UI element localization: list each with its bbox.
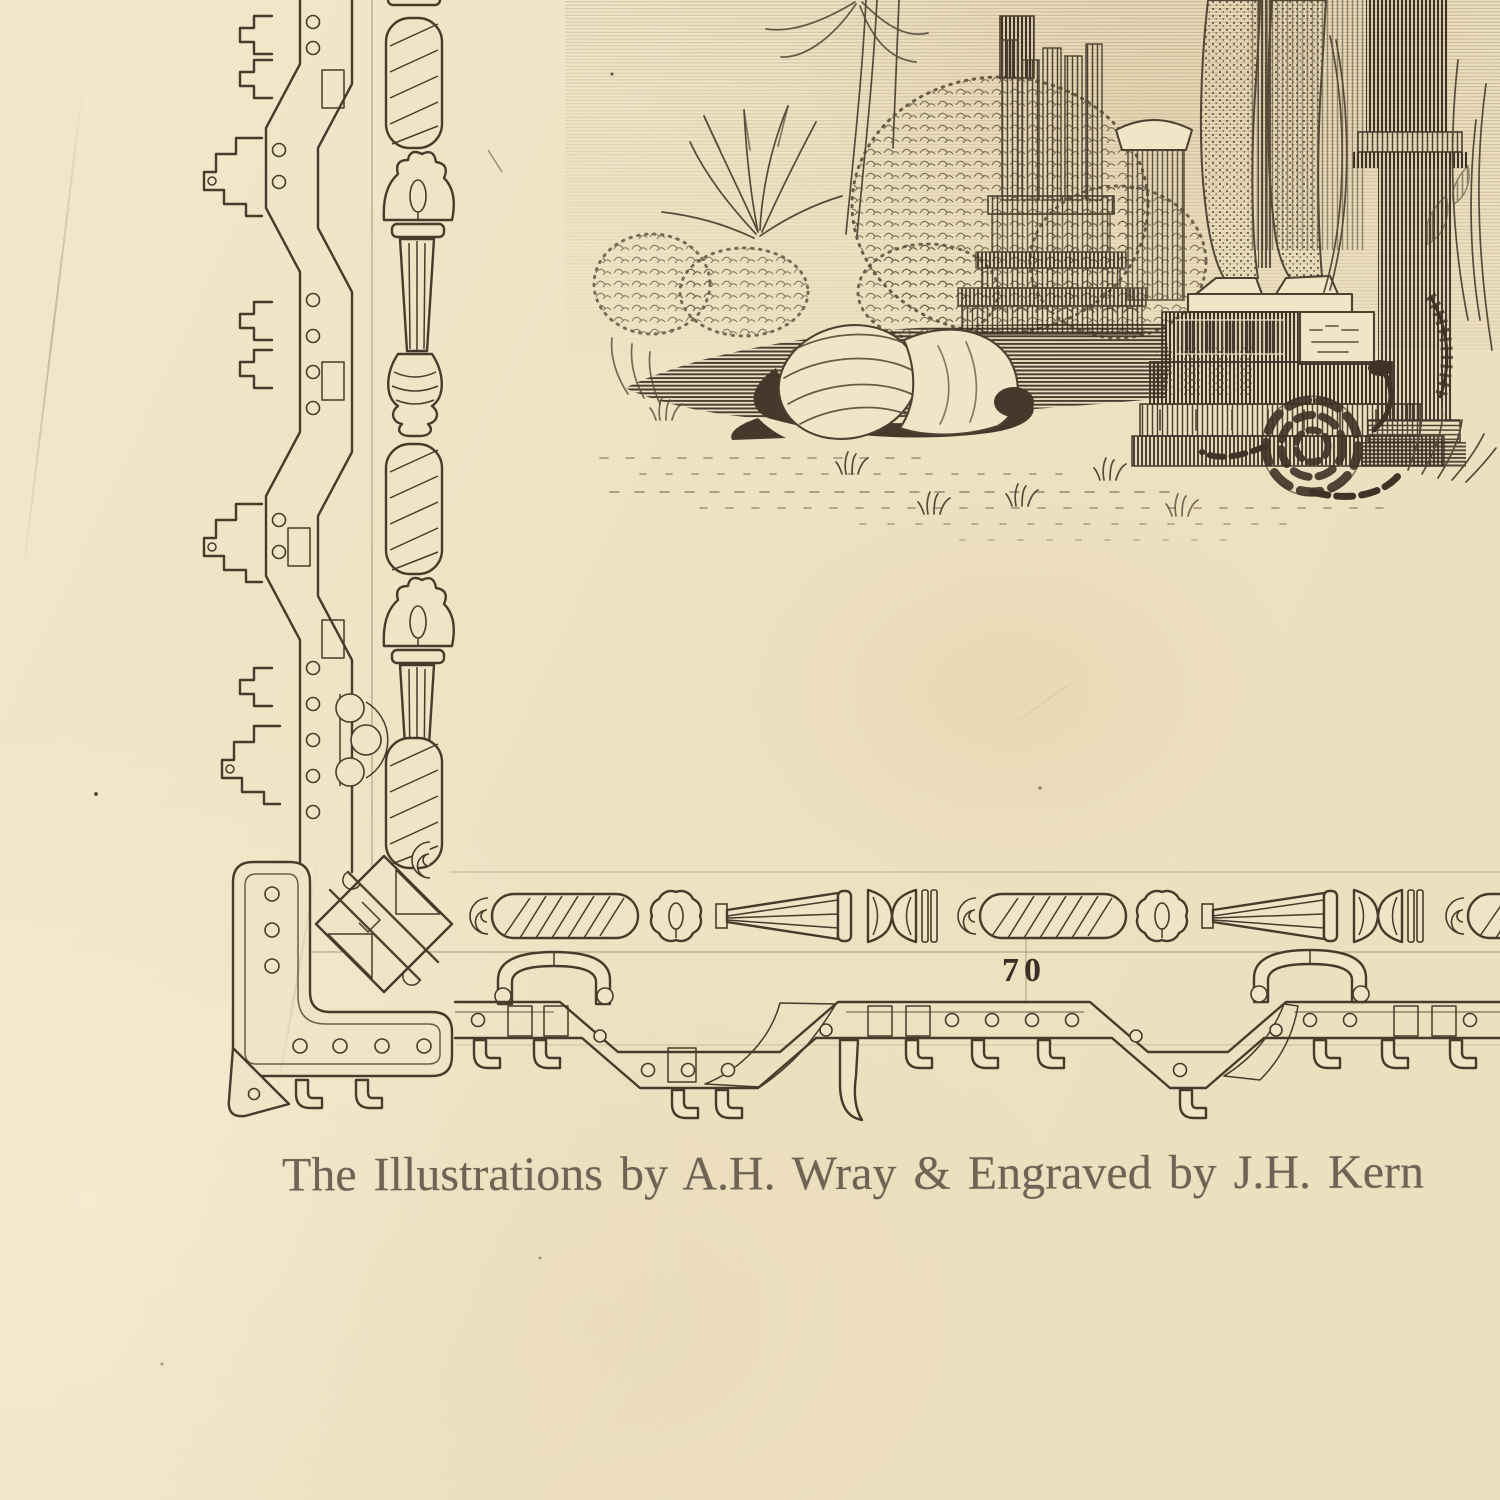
border-bead-dots — [273, 16, 320, 819]
engraving-plate — [0, 0, 1500, 1500]
scanned-engraving-page: 70 The Illustrations by A.H. Wray & Engr… — [0, 0, 1500, 1500]
left-border-ornament — [204, 0, 454, 878]
border-hatch-blocks — [288, 70, 344, 658]
corner-ornament — [229, 856, 452, 1116]
rope-baluster-band-horizontal — [470, 890, 1500, 942]
plate-number: 70 — [974, 952, 1074, 990]
engraver-credit-caption: The Illustrations by A.H. Wray & Engrave… — [282, 1145, 1424, 1203]
corner-diamond — [316, 856, 452, 992]
border-step-hooks — [204, 16, 280, 804]
engraving-vignette — [565, 0, 1500, 540]
rope-baluster-band-vertical — [384, 0, 454, 878]
bottom-border-ornament — [455, 890, 1500, 1120]
curled-foot — [840, 1040, 862, 1120]
